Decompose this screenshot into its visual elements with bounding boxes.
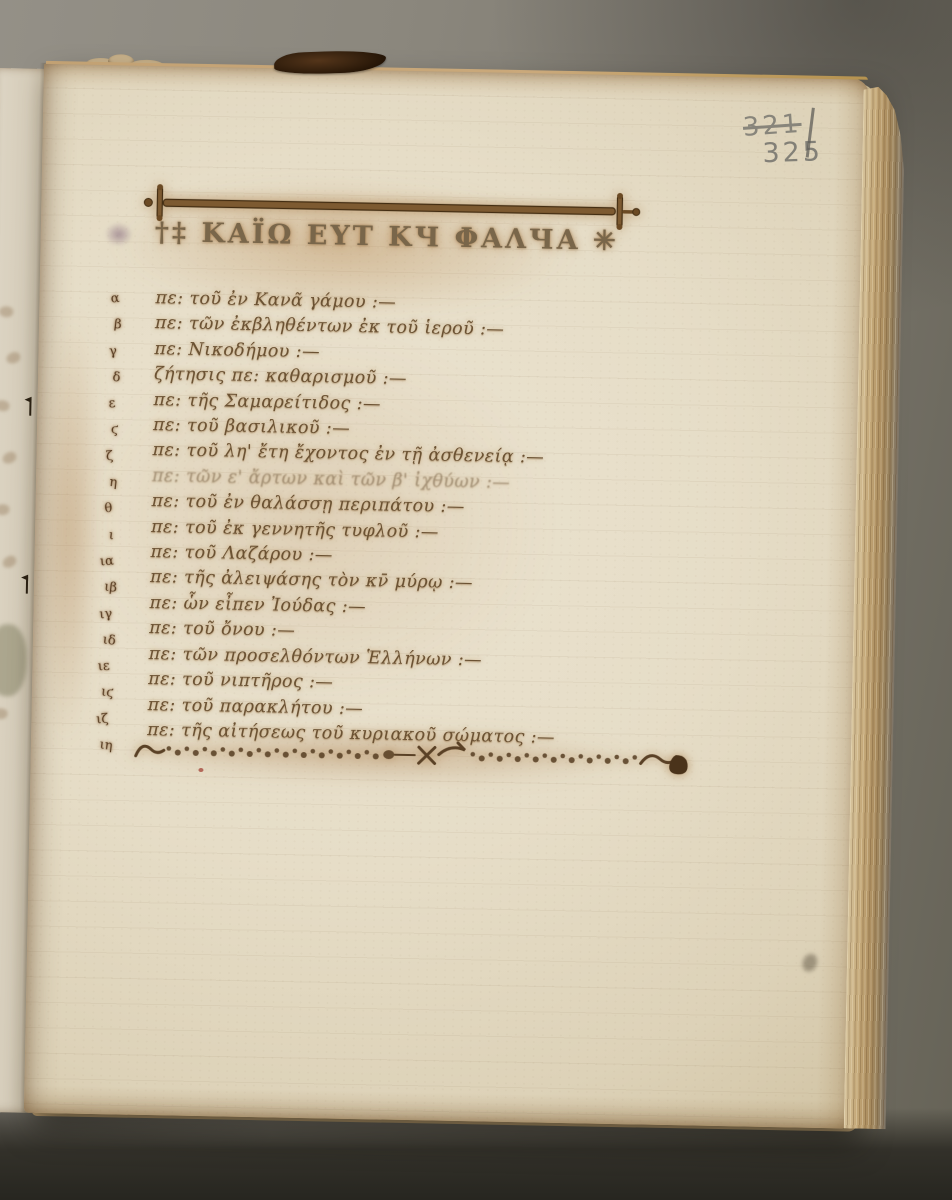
purple-stain (104, 222, 132, 247)
ink-bleed-mark (0, 398, 11, 414)
margin-numeral: ι (108, 523, 116, 550)
ink-bleed-stain (0, 624, 27, 697)
ink-bleed-mark (0, 305, 14, 319)
margin-numeral: η (108, 470, 119, 497)
margin-numeral: ιγ (98, 601, 113, 628)
ink-bleed-mark (6, 351, 22, 364)
margin-numeral: ιϛ (99, 680, 114, 708)
margin-numeral: θ (104, 496, 114, 523)
manuscript-page: 321 325 †‡ ΚΑΪΩ ΕΥΤ ΚЧ ΦΑΛЧΑ ✳ α β (24, 63, 870, 1129)
margin-numeral: ιδ (101, 627, 117, 655)
ink-bleed-mark (1, 554, 18, 569)
margin-numeral: β (113, 312, 124, 339)
ink-smudge (800, 952, 820, 974)
margin-numeral: ιη (98, 733, 114, 761)
margin-numeral: δ (111, 365, 122, 392)
manuscript-photo: 321 325 †‡ ΚΑΪΩ ΕΥΤ ΚЧ ΦΑΛЧΑ ✳ α β (0, 0, 952, 1200)
margin-numeral: ιβ (102, 575, 118, 603)
ink-bleed-mark (1, 451, 17, 465)
margin-numeral: ζ (106, 444, 115, 471)
margin-numeral: ια (99, 549, 115, 576)
manuscript-book: 321 325 †‡ ΚΑΪΩ ΕΥΤ ΚЧ ΦΑΛЧΑ ✳ α β (0, 62, 910, 1135)
red-speck (198, 768, 203, 772)
chapter-list: πε: τοῦ ἐν Κανᾶ γάμου :— πε: τῶν ἐκβληθέ… (147, 286, 716, 754)
margin-numeral: ιε (97, 654, 111, 681)
margin-numeral: ε (107, 391, 116, 418)
margin-numeral: α (109, 286, 120, 313)
margin-chapter-numbers: α β γ δ ε ϛ ζ η θ ι ια ιβ ιγ ιδ ιε ιϛ ιζ… (88, 286, 132, 760)
pencil-foliation: 321 325 (736, 110, 867, 184)
margin-numeral: γ (108, 339, 118, 366)
ink-bleed-mark (0, 707, 9, 721)
margin-numeral: ϛ (110, 417, 120, 444)
folio-number-current: 325 (762, 136, 824, 169)
ink-bleed-mark (0, 503, 10, 516)
margin-numeral: ιζ (95, 706, 109, 733)
